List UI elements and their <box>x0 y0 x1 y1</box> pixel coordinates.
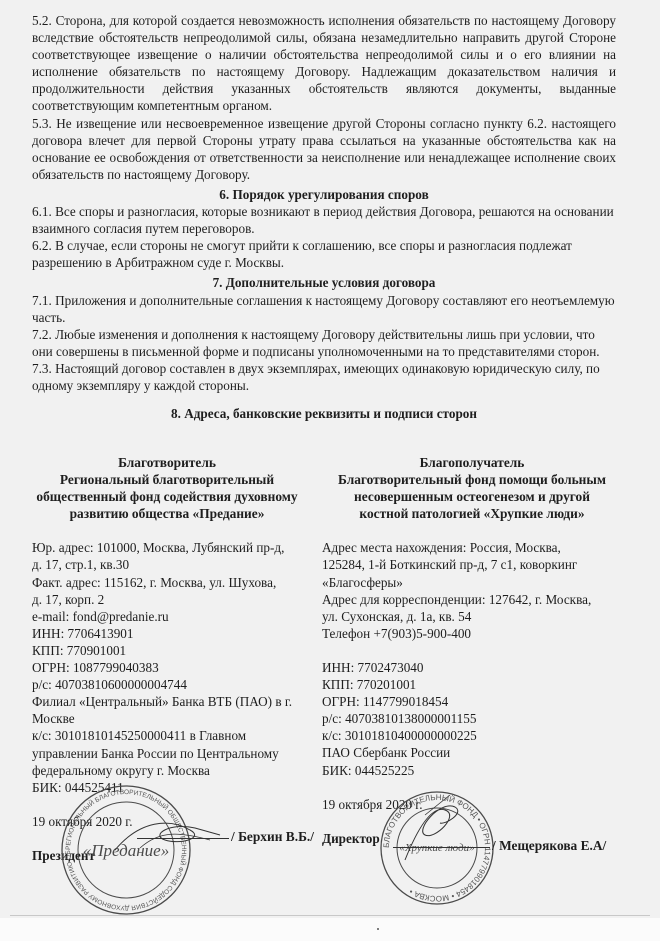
donor-detail-line: к/с: 30101810145250000411 в Главном <box>32 727 302 744</box>
recipient-detail-line: Адрес места нахождения: Россия, Москва, <box>322 539 622 556</box>
recipient-org-line: несовершенным остеогенезом и другой <box>322 488 622 505</box>
recipient-signature-line <box>393 847 490 848</box>
donor-org-line: Региональный благотворительный <box>32 471 302 488</box>
donor-detail-line: Филиал «Центральный» Банка ВТБ (ПАО) в г… <box>32 693 302 710</box>
clause-7-1: 7.1. Приложения и дополнительные соглаше… <box>32 292 616 326</box>
clause-6-2: 6.2. В случае, если стороны не смогут пр… <box>32 237 616 271</box>
donor-detail-line: Москве <box>32 710 302 727</box>
recipient-role-title: Благополучатель <box>322 454 622 471</box>
recipient-org-line: Благотворительный фонд помощи больным <box>322 471 622 488</box>
recipient-detail-line: 125284, 1-й Боткинский пр-д, 7 с1, ковор… <box>322 556 622 573</box>
donor-signature <box>110 810 230 870</box>
clause-7-3: 7.3. Настоящий договор составлен в двух … <box>32 360 616 394</box>
donor-email: e-mail: fond@predanie.ru <box>32 608 302 625</box>
recipient-signature <box>395 795 485 865</box>
donor-signature-line <box>137 838 229 839</box>
donor-detail-line: р/с: 40703810600000004744 <box>32 676 302 693</box>
section-7-heading: 7. Дополнительные условия договора <box>32 274 616 291</box>
donor-signatory: / Берхин В.Б./ <box>231 829 314 845</box>
donor-detail-line: Юр. адрес: 101000, Москва, Лубянский пр-… <box>32 539 302 556</box>
recipient-detail-line: р/с: 40703810138000001155 <box>322 710 622 727</box>
recipient-detail-line: «Благосферы» <box>322 574 622 591</box>
donor-detail-line: Факт. адрес: 115162, г. Москва, ул. Шухо… <box>32 574 302 591</box>
contract-body: 5.2. Сторона, для которой создается нево… <box>32 12 616 394</box>
donor-details: Юр. адрес: 101000, Москва, Лубянский пр-… <box>32 539 302 795</box>
recipient-detail-line: БИК: 044525225 <box>322 762 622 779</box>
donor-detail-line: ОГРН: 1087799040383 <box>32 659 302 676</box>
donor-role-title: Благотворитель <box>32 454 302 471</box>
donor-org-line: общественный фонд содействия духовному <box>32 488 302 505</box>
scan-margin <box>0 918 660 941</box>
scan-speck <box>377 928 379 930</box>
clause-6-1: 6.1. Все споры и разногласия, которые во… <box>32 203 616 237</box>
recipient-detail-line: Адрес для корреспонденции: 127642, г. Мо… <box>322 591 622 608</box>
recipient-detail-line: ИНН: 7702473040 <box>322 659 622 676</box>
section-6-heading: 6. Порядок урегулирования споров <box>32 186 616 203</box>
donor-org-line: развитию общества «Предание» <box>32 505 302 522</box>
recipient-phone: Телефон +7(903)5-900-400 <box>322 625 622 642</box>
recipient-detail-line: ОГРН: 1147799018454 <box>322 693 622 710</box>
recipient-column: Благополучатель Благотворительный фонд п… <box>322 454 622 847</box>
recipient-details: Адрес места нахождения: Россия, Москва, … <box>322 539 622 778</box>
recipient-detail-line: КПП: 770201001 <box>322 676 622 693</box>
recipient-detail-line: ул. Сухонская, д. 1а, кв. 54 <box>322 608 622 625</box>
recipient-detail-line: к/с: 30101810400000000225 <box>322 727 622 744</box>
section-8-heading: 8. Адреса, банковские реквизиты и подпис… <box>32 405 616 422</box>
clause-5-2: 5.2. Сторона, для которой создается нево… <box>32 12 616 115</box>
recipient-detail-line: ПАО Сбербанк России <box>322 744 622 761</box>
donor-detail-line: ИНН: 7706413901 <box>32 625 302 642</box>
spacer <box>322 642 622 659</box>
recipient-org-line: костной патологией «Хрупкие люди» <box>322 505 622 522</box>
donor-detail-line: федеральному округу г. Москва <box>32 762 302 779</box>
recipient-signatory: / Мещерякова Е.А/ <box>492 838 606 854</box>
clause-7-2: 7.2. Любые изменения и дополнения к наст… <box>32 326 616 360</box>
donor-detail-line: управлении Банка России по Центральному <box>32 745 302 762</box>
donor-detail-line: д. 17, стр.1, кв.30 <box>32 556 302 573</box>
clause-5-3: 5.3. Не извещение или несвоевременное из… <box>32 115 616 183</box>
donor-detail-line: д. 17, корп. 2 <box>32 591 302 608</box>
donor-detail-line: КПП: 770901001 <box>32 642 302 659</box>
